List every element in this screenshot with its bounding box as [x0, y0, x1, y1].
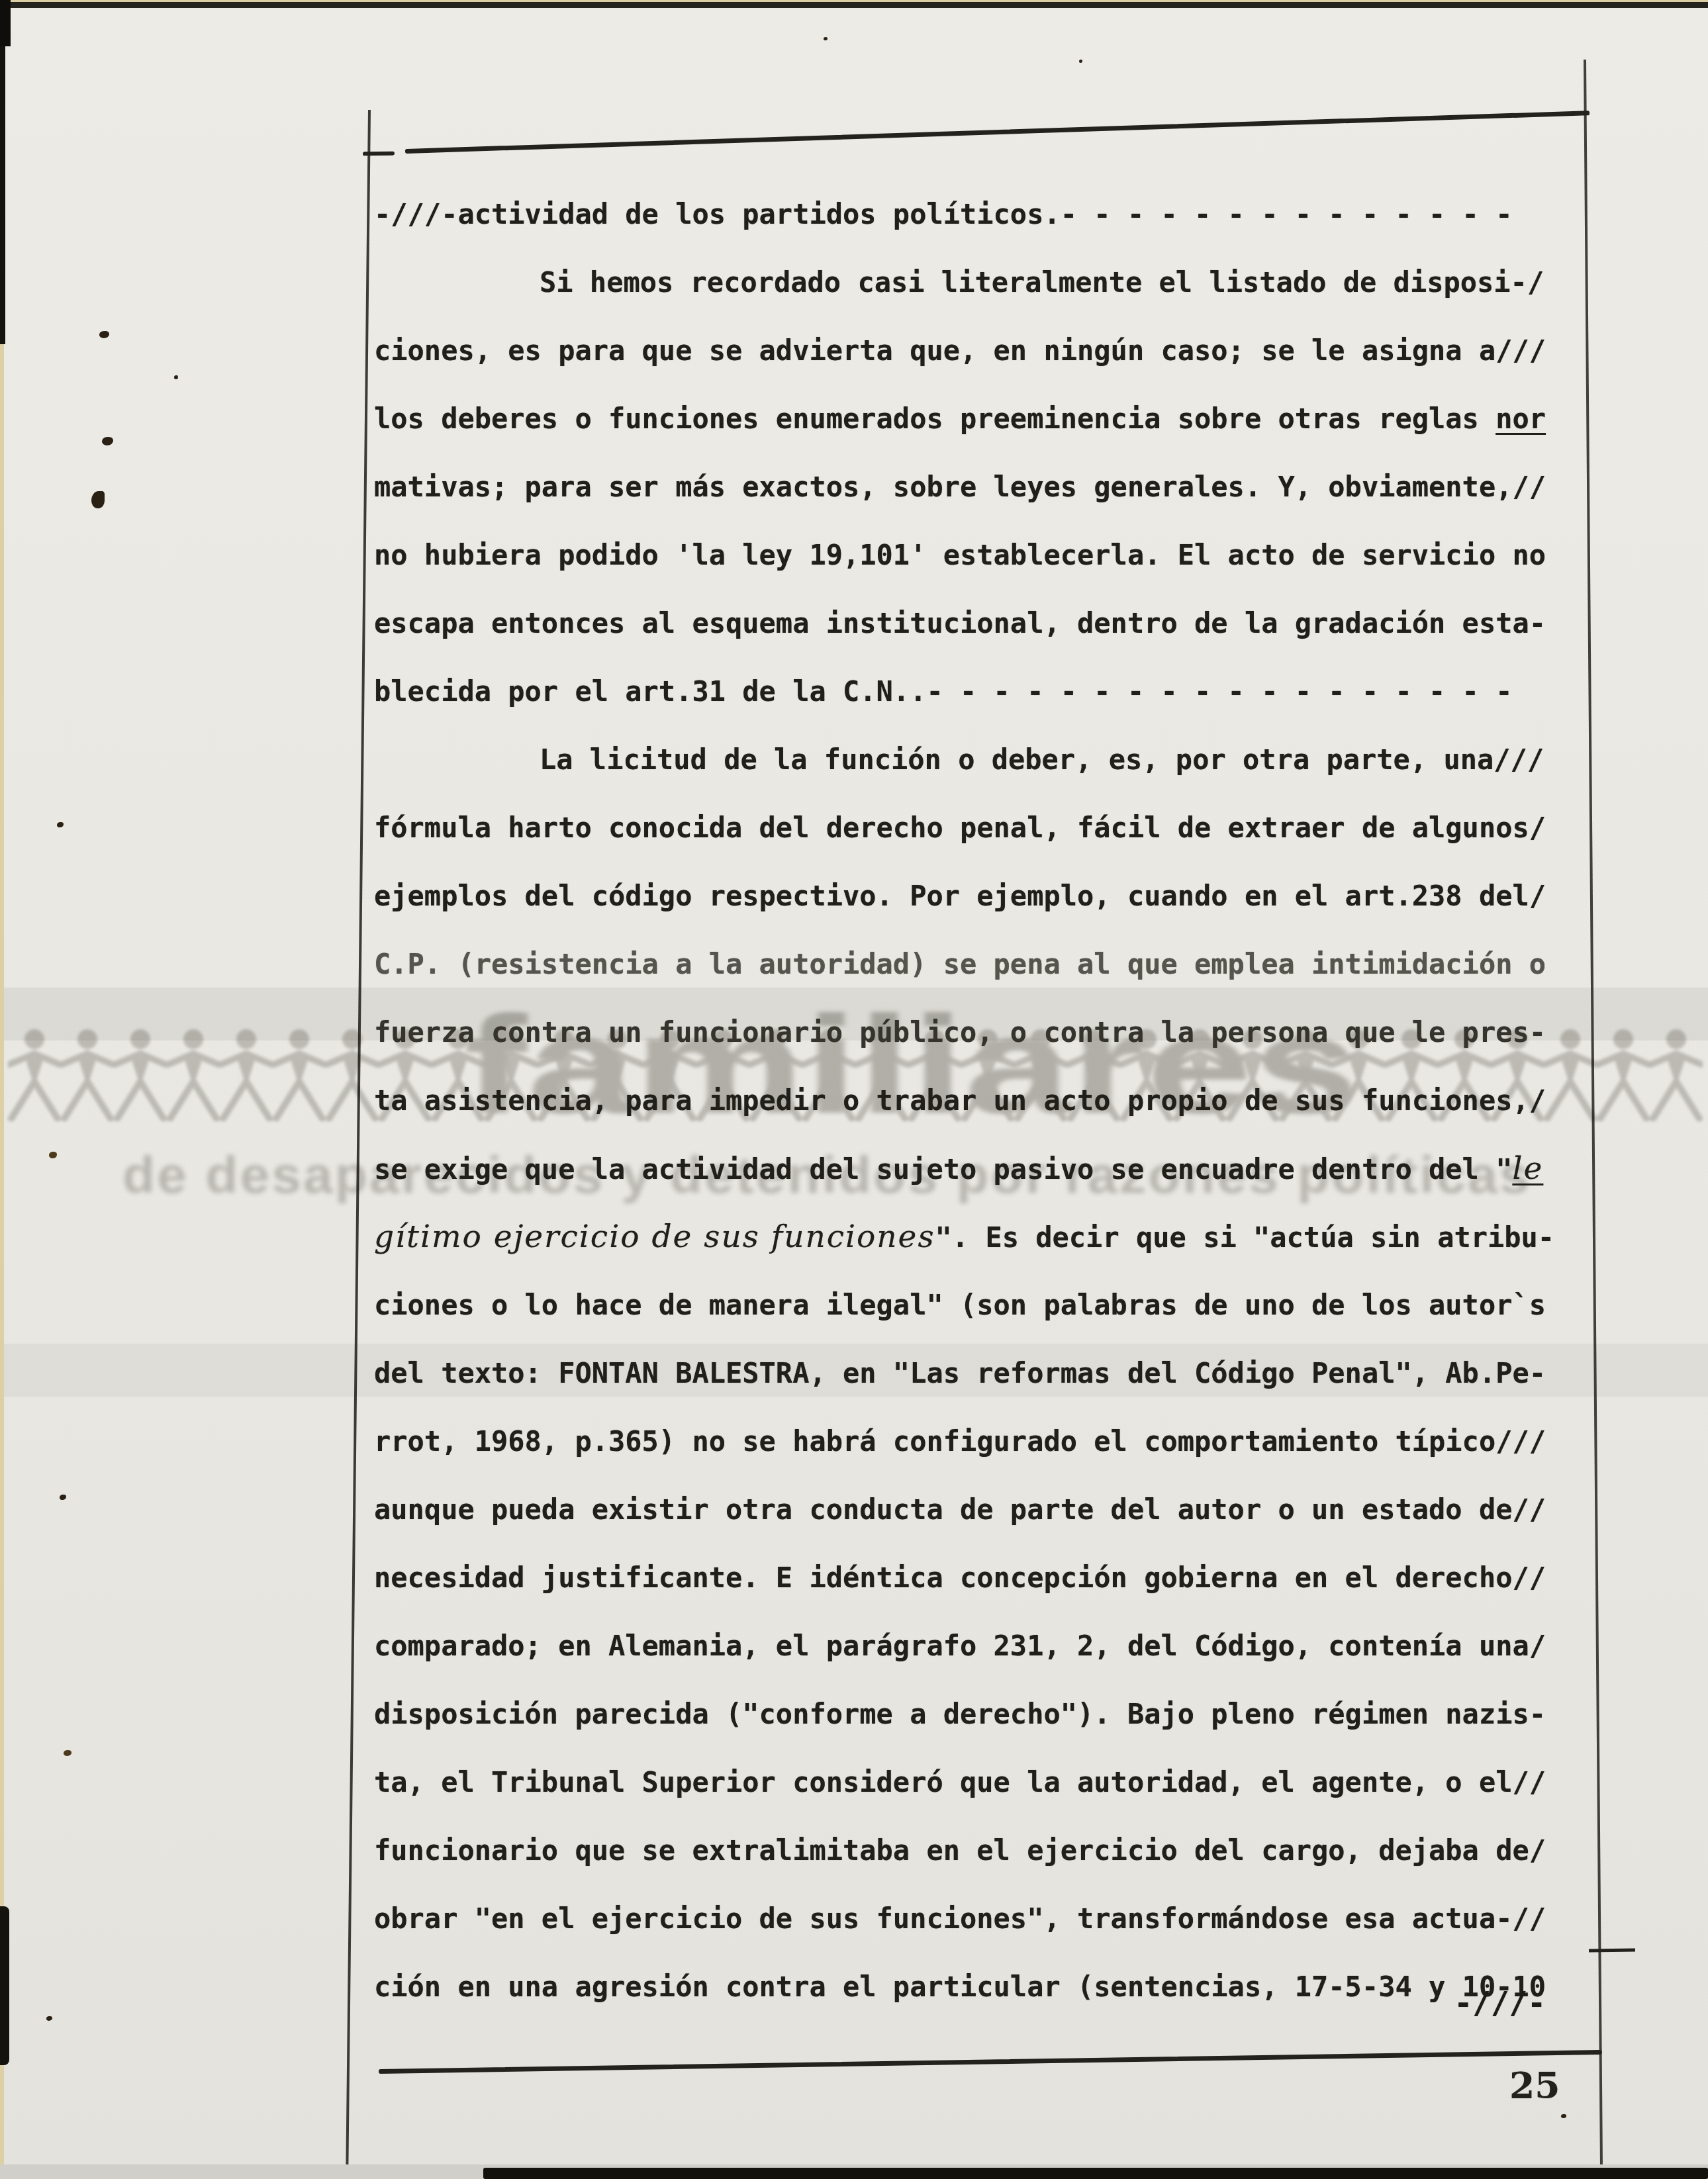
scanned-page: familiares de desaparecidos y detenidos …: [0, 0, 1708, 2179]
text-line: del texto: FONTAN BALESTRA, en "Las refo…: [374, 1356, 1587, 1396]
text-segment: ta, el Tribunal Superior consideró que l…: [374, 1766, 1546, 1798]
text-segment: ciones, es para que se advierta que, en …: [374, 334, 1546, 367]
text-line: disposición parecida ("conforme a derech…: [374, 1697, 1587, 1737]
text-segment: funcionario que se extralimitaba en el e…: [374, 1834, 1546, 1867]
text-line: La licitud de la función o deber, es, po…: [374, 743, 1587, 782]
text-line: obrar "en el ejercicio de sus funciones"…: [374, 1902, 1587, 1941]
text-segment: ". Es decir que si "actúa sin atribu-: [935, 1221, 1555, 1254]
text-segment: fuerza contra un funcionario público, o …: [374, 1016, 1546, 1048]
text-line: comparado; en Alemania, el parágrafo 231…: [374, 1629, 1587, 1669]
text-segment: ejemplos del código respectivo. Por ejem…: [374, 880, 1546, 912]
text-line: rrot, 1968, p.365) no se habrá configura…: [374, 1424, 1587, 1464]
text-segment: se exige que la actividad del sujeto pas…: [374, 1153, 1512, 1185]
text-segment: Si hemos recordado casi literalmente el …: [540, 266, 1544, 299]
text-segment: disposición parecida ("conforme a derech…: [374, 1698, 1546, 1730]
text-line: se exige que la actividad del sujeto pas…: [374, 1152, 1587, 1191]
text-segment: necesidad justificante. E idéntica conce…: [374, 1561, 1546, 1594]
text-segment: mativas; para ser más exactos, sobre ley…: [374, 471, 1546, 503]
text-segment: no hubiera podido 'la ley 19,101' establ…: [374, 539, 1546, 571]
text-segment: escapa entonces al esquema institucional…: [374, 607, 1546, 639]
text-line: ta asistencia, para impedir o trabar un …: [374, 1084, 1587, 1123]
typewritten-text: -///-actividad de los partidos políticos…: [0, 0, 1708, 2179]
text-line: los deberes o funciones enumerados preem…: [374, 402, 1587, 441]
text-line: -///-actividad de los partidos políticos…: [374, 197, 1587, 237]
text-line: fuerza contra un funcionario público, o …: [374, 1015, 1587, 1055]
text-segment: nor: [1495, 402, 1546, 435]
text-line: ciones o lo hace de manera ilegal" (son …: [374, 1288, 1587, 1328]
text-line: no hubiera podido 'la ley 19,101' establ…: [374, 538, 1587, 578]
text-line: ejemplos del código respectivo. Por ejem…: [374, 879, 1587, 919]
text-line: Si hemos recordado casi literalmente el …: [374, 265, 1587, 305]
text-line: ta, el Tribunal Superior consideró que l…: [374, 1765, 1587, 1805]
text-line: gítimo ejercicio de sus funciones". Es d…: [374, 1220, 1587, 1260]
text-segment: obrar "en el ejercicio de sus funciones"…: [374, 1902, 1546, 1935]
text-segment: ciones o lo hace de manera ilegal" (son …: [374, 1289, 1546, 1321]
text-line: fórmula harto conocida del derecho penal…: [374, 811, 1587, 851]
text-segment: los deberes o funciones enumerados preem…: [374, 402, 1495, 435]
text-segment: del texto: FONTAN BALESTRA, en "Las refo…: [374, 1357, 1546, 1389]
text-segment: fórmula harto conocida del derecho penal…: [374, 811, 1546, 844]
text-segment: ta asistencia, para impedir o trabar un …: [374, 1084, 1546, 1117]
text-line: aunque pueda existir otra conducta de pa…: [374, 1493, 1587, 1532]
text-segment: -///-actividad de los partidos políticos…: [374, 198, 1512, 230]
text-segment: rrot, 1968, p.365) no se habrá configura…: [374, 1425, 1546, 1458]
text-line: mativas; para ser más exactos, sobre ley…: [374, 470, 1587, 510]
text-line: necesidad justificante. E idéntica conce…: [374, 1561, 1587, 1600]
text-line: C.P. (resistencia a la autoridad) se pen…: [374, 947, 1587, 987]
text-segment: blecida por el art.31 de la C.N..- - - -…: [374, 675, 1512, 708]
text-line: escapa entonces al esquema institucional…: [374, 606, 1587, 646]
text-segment: comparado; en Alemania, el parágrafo 231…: [374, 1630, 1546, 1662]
text-segment: aunque pueda existir otra conducta de pa…: [374, 1493, 1546, 1526]
text-line: blecida por el art.31 de la C.N..- - - -…: [374, 674, 1587, 714]
text-segment: le: [1512, 1150, 1543, 1187]
page-number: 25: [1509, 2064, 1560, 2107]
text-segment: gítimo ejercicio de sus funciones: [374, 1219, 935, 1255]
text-line: funcionario que se extralimitaba en el e…: [374, 1833, 1587, 1873]
text-segment: La licitud de la función o deber, es, po…: [540, 743, 1544, 776]
text-line: ciones, es para que se advierta que, en …: [374, 334, 1587, 373]
text-segment: C.P. (resistencia a la autoridad) se pen…: [374, 948, 1546, 980]
continuation-mark: -///-: [993, 1986, 1546, 2020]
